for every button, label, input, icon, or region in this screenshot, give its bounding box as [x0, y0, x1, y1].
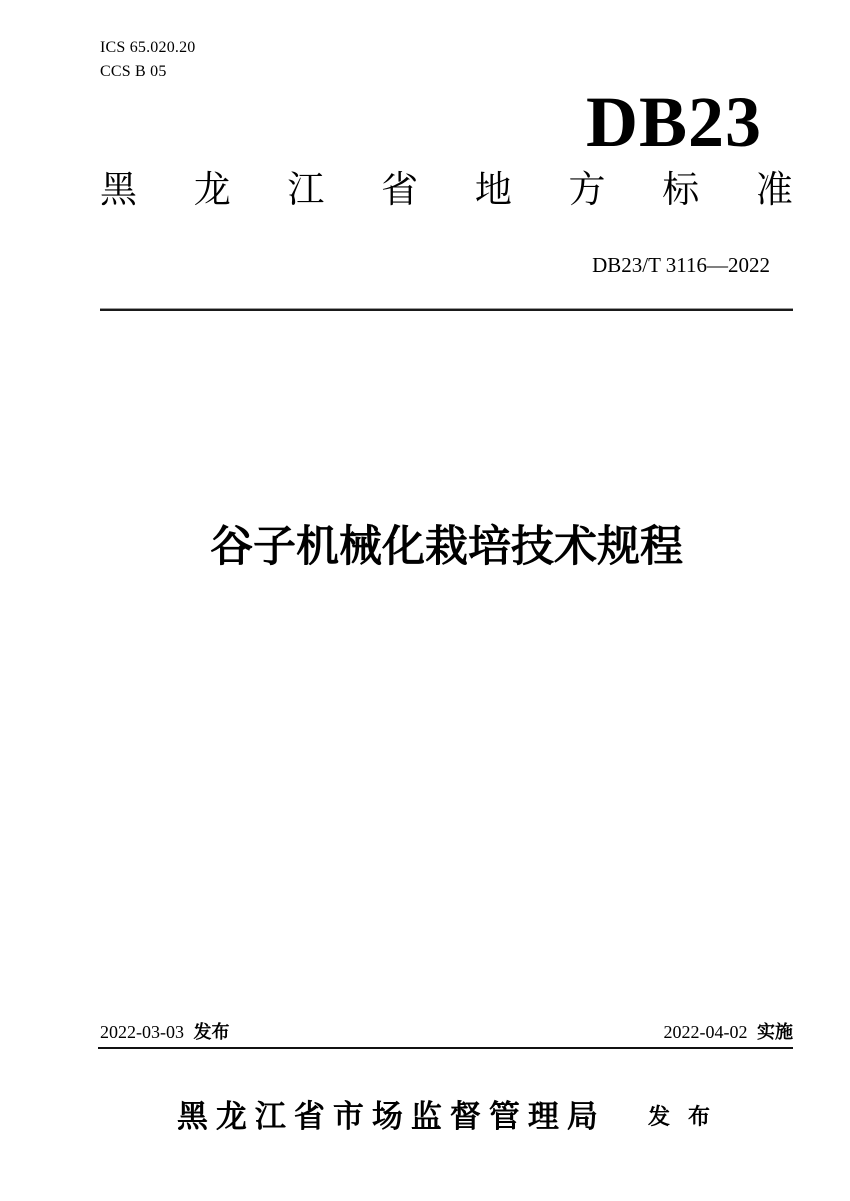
issue-date: 2022-03-03 — [100, 1022, 184, 1042]
standard-type-title: 黑龙江省地方标准 — [100, 170, 793, 210]
standard-type-char: 龙 — [194, 170, 231, 210]
issue-date-group: 2022-03-03 发布 — [100, 1020, 230, 1044]
implementation-date-label: 实施 — [757, 1022, 793, 1042]
publisher-name: 黑龙江省市场监督管理局 — [177, 1099, 606, 1135]
footer-rule — [98, 1047, 793, 1049]
standard-number: DB23/T 3116—2022 — [100, 252, 770, 278]
ics-code: ICS 65.020.20 — [100, 36, 793, 60]
issue-date-label: 发布 — [194, 1022, 230, 1042]
standard-type-char: 江 — [287, 170, 324, 210]
standard-type-char: 方 — [569, 170, 606, 210]
publish-label: 发 布 — [648, 1104, 716, 1130]
dates-row: 2022-03-03 发布 2022-04-02 实施 — [100, 1020, 793, 1044]
standard-type-char: 省 — [381, 170, 418, 210]
standard-type-char: 标 — [662, 170, 699, 210]
header-rule — [100, 308, 793, 311]
classification-codes: ICS 65.020.20 CCS B 05 — [100, 36, 793, 84]
implementation-date: 2022-04-02 — [664, 1022, 748, 1042]
publisher-row: 黑龙江省市场监督管理局 发 布 — [100, 1099, 793, 1135]
implementation-date-group: 2022-04-02 实施 — [664, 1020, 794, 1044]
document-title: 谷子机械化栽培技术规程 — [100, 524, 793, 570]
standard-type-char: 黑 — [100, 170, 137, 210]
standard-cover-page: ICS 65.020.20 CCS B 05 DB23 黑龙江省地方标准 DB2… — [0, 0, 850, 1201]
ccs-code: CCS B 05 — [100, 60, 793, 84]
standard-type-char: 准 — [756, 170, 793, 210]
standard-type-char: 地 — [475, 170, 512, 210]
db23-logo: DB23 — [100, 86, 762, 158]
